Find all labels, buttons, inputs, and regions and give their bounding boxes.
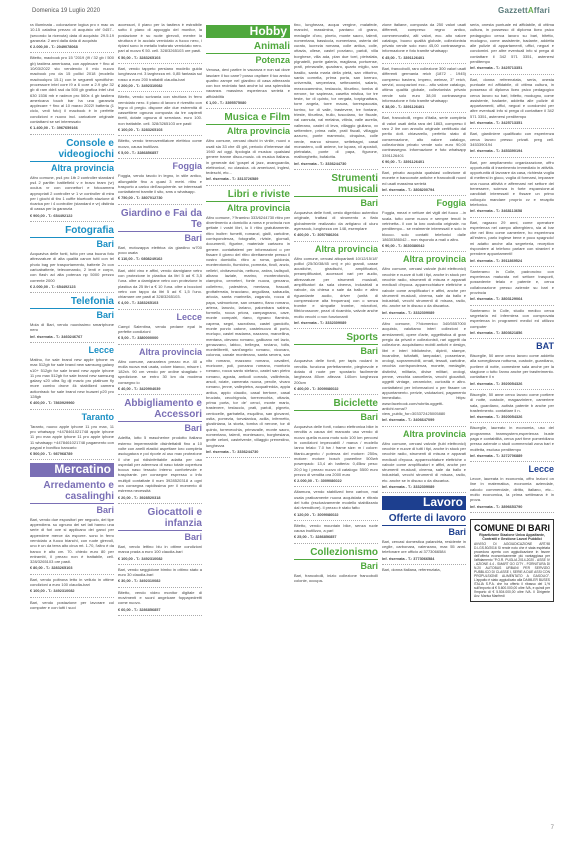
ad-text: Bari, vendo seggiolone bimbo in ottimo s… <box>118 567 202 578</box>
ad-text: Foggia, vendo tavolo in legno, in stile … <box>118 173 202 194</box>
ad-price-phone: € 45,00 - T.: 3391126401 <box>382 56 466 64</box>
location-heading: Bari <box>294 198 378 208</box>
category-heading: Strumenti musicali <box>294 173 378 197</box>
ad-price-phone: € 38,00 - T.: 3391126401 <box>382 105 466 113</box>
ad-price-phone: € 400,00 - T.: 3057086204 <box>294 233 378 241</box>
category-heading: Sports <box>294 332 378 345</box>
location-heading: Bari <box>30 310 114 320</box>
location-heading: Altra provincia <box>294 244 378 254</box>
ad-text: Santeramo in Colle, padroncino con esper… <box>470 269 554 295</box>
ad-text: Bari, donna italiana, referenziata, <box>382 567 466 572</box>
ad-text: Bari, vendo postazione per lavorare col … <box>30 600 114 611</box>
ad-text: Altro comune, cercasi dischi in vinile, … <box>206 138 290 175</box>
ad-text: zione italiane, composta da 250 valori u… <box>382 22 466 54</box>
ad-text: Venosa, devi partire in vacanza e non sa… <box>206 67 290 99</box>
ad-text: Bari, ragazzo 29 anni, come operatore es… <box>470 220 554 257</box>
location-heading: Bari <box>118 233 202 243</box>
ad-price-phone: Inf. riservata - T.: 3332309089 <box>294 321 378 329</box>
newspaper-logo: GazzettAffari <box>498 6 550 15</box>
ad-price-phone: € 110,00 - T.: 0808249162 <box>118 257 202 265</box>
category-heading: Telefonia <box>30 296 114 309</box>
location-heading: Altra provincia <box>382 429 466 439</box>
section-banner-mercatino: Mercatino <box>30 463 114 476</box>
ad-price-phone: € 100,00 - T.: 3492310082 <box>30 589 114 597</box>
location-heading: BAT <box>470 341 554 351</box>
ad-text: Altro comune, ??domenico 340/5557000 acq… <box>382 321 466 416</box>
ad-price-phone: Inf. riservata - T.: 3896653790 <box>470 505 554 513</box>
location-heading: Bari <box>118 423 202 433</box>
ad-price-phone: € 50,00 - T.: 3283265103 <box>118 56 202 64</box>
notice-subtitle: Ripartizione Stazione Unica Appaltante, … <box>474 533 550 541</box>
ad-text: Adelfia, lotto 5 mascherine prodotto ita… <box>118 435 202 493</box>
ad-price-phone: € 120,00 - T.: 3009086022 <box>294 513 378 521</box>
location-heading: Altra provincia <box>118 347 202 357</box>
ad-text: Bari, francobolli, regno d'italia, serie… <box>382 115 466 157</box>
ad-price-phone: € 4,00 - T.: 3283265103 <box>118 301 202 309</box>
ad-price-phone: € 100,00 - T.: 3492310082 <box>118 557 202 565</box>
comune-di-bari-notice: COMUNE DI BARI Ripartizione Stazione Uni… <box>470 519 554 602</box>
ad-text: Bari, motozappa elettrica da giardino w7… <box>118 245 202 256</box>
ad-text: Acquaviva delle fonti, rodano elettronic… <box>294 424 378 477</box>
location-heading: Potenza <box>206 55 290 65</box>
location-heading: Bari <box>30 505 114 515</box>
ad-text: Foggia, mezzi e vetture dei vigili del f… <box>382 210 466 242</box>
ad-text: Acquaviva delle fonti, cesto digeridoo a… <box>294 210 378 231</box>
location-heading: Bari <box>294 346 378 356</box>
location-heading: Bari <box>382 527 466 537</box>
ad-text: Bisceglie, 50 anne cerco lavoro come por… <box>470 392 554 413</box>
page-number: 7 <box>551 825 554 831</box>
ad-price-phone: € 100,00 - T.: 3283265103 <box>118 128 202 136</box>
location-heading: Lecce <box>118 312 202 322</box>
ad-text: Bari, vendo lettino blu in ottime condiz… <box>118 544 202 555</box>
ad-price-phone: € 5,00 - T.: 3380000000 <box>118 336 202 344</box>
category-heading: Arredamento e casalinghi <box>30 480 114 504</box>
ad-price-phone: € 5,00 - T.: 3286856857 <box>118 151 202 159</box>
ad-price-phone: Inf. riservata - T.: 3332309089 <box>382 311 466 319</box>
column-5: zione italiane, composta da 250 valori u… <box>382 22 466 827</box>
category-heading: Collezionismo <box>294 547 378 560</box>
ad-text: Bisceglie, 50 anne cerco lavoro come add… <box>470 353 554 379</box>
ad-price-phone: Inf. riservata - T.: 3920054326 <box>470 382 554 390</box>
column-4: tino, lunghezza, acqua vergine, malafede… <box>294 22 378 827</box>
ad-text: Bitetto, vendo mountain bike, senza ruot… <box>294 523 378 534</box>
ad-price-phone: Inf. riservata - T.: 3911869524 <box>470 259 554 267</box>
ad-text: Bari, francobolli, inizio collezione fra… <box>294 573 378 584</box>
ad-price-phone: Inf. riservata - T.: 3773066584 <box>382 557 466 565</box>
ad-text: tino, lunghezza, acqua vergine, malafede… <box>294 22 378 160</box>
ad-price-phone: € 20,00 - T.: 3928520318 <box>118 496 202 504</box>
location-heading: Altra provincia <box>206 126 290 136</box>
location-heading: Altra provincia <box>30 163 114 173</box>
location-heading: Bari <box>118 532 202 542</box>
location-heading: Lecce <box>470 464 554 474</box>
ad-text: Bari, donna referenziata, seria, onesta … <box>470 77 554 119</box>
category-heading: Musica e Film <box>206 112 290 125</box>
ad-price-phone: Inf. riservata - T.: 3453390194 <box>470 149 554 157</box>
ad-text: Bari, vendo poltrona letto in velluto in… <box>30 577 114 588</box>
ad-price-phone: € 400,00 - T.: 7860929960 <box>30 401 114 409</box>
category-heading: Animali <box>206 41 290 54</box>
ad-price-phone: Inf. riservata - T.: 3336244730 <box>206 450 290 458</box>
location-heading: Altra provincia <box>206 203 290 213</box>
classifieds-columns: ra illuminata - colorazione logica pro x… <box>30 22 554 827</box>
section-banner-hobby: Hobby <box>206 25 290 38</box>
notice-body: AVVISO DI AGGIUDICAZIONE ART.98 D.LGS.50… <box>474 542 550 598</box>
ad-text: Bari, francobolli, raro collezione 300 v… <box>382 66 466 103</box>
ad-text: ra illuminata - colorazione logica pro x… <box>30 22 114 43</box>
location-heading: Taranto <box>30 412 114 422</box>
category-heading: Giardino e Fai da Te <box>118 208 202 232</box>
ad-text: Acquaviva delle fonti, tutto per una buo… <box>30 251 114 283</box>
category-heading: Abbigliamento e Accessori <box>118 398 202 422</box>
location-heading: Foggia <box>382 198 466 208</box>
ad-text: Altro comune, ??tramino 333/6244730 riti… <box>206 215 290 448</box>
ad-price-phone: Inf. riservata - T.: 3803129064 <box>470 297 554 305</box>
ad-price-phone: Inf. riservata - T.: 3803621856 <box>470 331 554 339</box>
ad-price-phone: Inf. riservata - T.: 3332309089 <box>382 485 466 493</box>
ad-text: Altro comune, zanzariera prezzo eur. 40 … <box>118 359 202 385</box>
ad-price-phone: € 80,00 - T.: 3283265103 <box>30 566 114 574</box>
ad-price-phone: Inf. riservata - T.: 3313726589 <box>206 177 290 185</box>
column-1: ra illuminata - colorazione logica pro x… <box>30 22 114 827</box>
ad-price-phone: € 90,00 - T.: 3630386042 <box>382 244 466 252</box>
category-heading: Offerte di lavoro <box>382 513 466 526</box>
ad-text: Bari, obbl vino e affini, vendo damigian… <box>118 268 202 300</box>
ad-price-phone: € 900,00 - T.: 654492122 <box>30 214 114 222</box>
page-header: Domenica 19 Luglio 2020 GazzettAffari <box>0 0 580 22</box>
ad-text: Santeramo in Colle, studio medico cerca … <box>470 308 554 329</box>
ad-price-phone: € 90,00 - T.: 3391126401 <box>382 160 466 168</box>
ad-text: Bari, vendo tappeto persiano modello gui… <box>118 66 202 82</box>
ad-price-phone: € 400,00 - T.: 3009086022 <box>294 387 378 395</box>
ad-text: Acquaviva delle fonti, per tapis roulant… <box>294 358 378 384</box>
notice-title: COMUNE DI BARI <box>474 523 550 533</box>
ad-text: Bari, giardiniere qualificato con esperi… <box>470 131 554 147</box>
ad-price-phone: Inf. riservata - T.: 3425713351 <box>470 121 554 129</box>
ad-price-phone: € 60,00 - T.: 3286856857 <box>118 608 202 616</box>
ad-price-phone: € 2.000,00 - T.: 2049078068 <box>30 45 114 53</box>
ad-text: Bari, cercasi domestica palandrta, resid… <box>382 539 466 555</box>
ad-price-phone: Inf. riservata - T.: 3336244730 <box>294 162 378 170</box>
category-heading: Biciclette <box>294 398 378 411</box>
location-heading: Bari <box>294 561 378 571</box>
ad-text: Altro comune, cercasi valvole (tubi elet… <box>382 441 466 483</box>
ad-text: Bitetto, vendo video monitor digitale di… <box>118 590 202 606</box>
ad-price-phone: Inf. riservata - T.: 3808200794 <box>382 188 466 196</box>
location-heading: Altra provincia <box>382 254 466 264</box>
ad-price-phone: € 500,00 - T.: 987968789 <box>30 452 114 460</box>
ad-price-phone: Inf. riservata - T.: 3468113658 <box>470 209 554 217</box>
ad-price-phone: € 750,00 - T.: 3807012730 <box>118 196 202 204</box>
ad-price-phone: € 2.000,00 - T.: 654492123 <box>30 285 114 293</box>
location-heading: Bari <box>294 412 378 422</box>
ad-price-phone: Inf. riservata - T.: 3920054326 <box>470 415 554 423</box>
ad-price-phone: € 30,00 - T.: 3492310082 <box>118 579 202 587</box>
ad-text: Altro comune, ps4 pro 1tb 2 controller s… <box>30 175 114 212</box>
column-3: Hobby Animali Potenza Venosa, devi parti… <box>206 22 290 827</box>
category-heading: Libri e riviste <box>206 189 290 202</box>
ad-price-phone: € 40,00 - T.: 3420904039 <box>118 387 202 395</box>
ad-text: Lecce, laureata in economia, offro lezio… <box>470 476 554 502</box>
ad-price-phone: Inf. riservata - T.: 3460246767 <box>30 335 114 343</box>
page-date: Domenica 19 Luglio 2020 <box>32 8 100 14</box>
ad-price-phone: € 1.400,00 - T.: 3967659166 <box>30 126 114 134</box>
ad-price-phone: Inf. riservata - T.: 3425713351 <box>470 66 554 74</box>
ad-text: accessori, il piano per la tastiera è es… <box>118 22 202 54</box>
category-heading: Console e videogiochi <box>30 138 114 162</box>
ad-price-phone: € 25,00 - T.: 3286856857 <box>294 535 378 543</box>
ad-text: seria, onesta puntuale ed affidabile, di… <box>470 22 554 64</box>
ad-text: Taranto, nuovo apple iphone 11 pro max, … <box>30 424 114 450</box>
ad-text: Bari, privato acquista qualsiasi collezi… <box>382 170 466 186</box>
location-heading: Bari <box>30 239 114 249</box>
ad-price-phone: € 2.000,00 - T.: 3009086022 <box>294 479 378 487</box>
ad-price-phone: € 200,00 - T.: 3492310082 <box>118 84 202 92</box>
ad-text: Altro comune, cercasi altoparlanti 10/12… <box>294 256 378 320</box>
ad-text: Campi Salentina, vendo pedane epal in pe… <box>118 324 202 335</box>
section-banner-lavoro: Lavoro <box>382 496 466 509</box>
ad-text: Bari, per ampliamento organizzazione, of… <box>470 160 554 208</box>
ad-text: Mola di Bari, vendo nuovissimo smartphon… <box>30 322 114 333</box>
ad-text: Bitetto, macbook pro 15 "2019 (i9 / 32 g… <box>30 55 114 124</box>
ad-text: Matino, for sale brand new apple iphone … <box>30 357 114 399</box>
location-heading: Lecce <box>30 345 114 355</box>
ad-text: Bitetto, vendo termoventilatore elettric… <box>118 138 202 149</box>
column-2: accessori, il piano per la tastiera è es… <box>118 22 202 827</box>
ad-price-phone: Inf. riservata - T.: 3272706889 <box>470 454 554 462</box>
ad-text: Altamura, vendo stabilized bmx carbon, m… <box>294 489 378 510</box>
column-6: seria, onesta puntuale ed affidabile, di… <box>470 22 554 827</box>
category-heading: Fotografia <box>30 225 114 238</box>
ad-price-phone: € 1,00 - T.: 3395575080 <box>206 101 290 109</box>
ad-text: Bitetto, vendo scrivania con struttura i… <box>118 94 202 126</box>
ad-text: Bisceglie, laureato in economia, uso del… <box>470 425 554 451</box>
ad-text: Bari, vendo due espositori per negozio, … <box>30 517 114 565</box>
location-heading: Foggia <box>118 161 202 171</box>
ad-text: Altro comune, cercasi valvole (tubi elet… <box>382 266 466 308</box>
category-heading: Giocattoli e infanzia <box>118 507 202 531</box>
ad-price-phone: Inf. riservata - T.: 3406647099 <box>382 418 466 426</box>
